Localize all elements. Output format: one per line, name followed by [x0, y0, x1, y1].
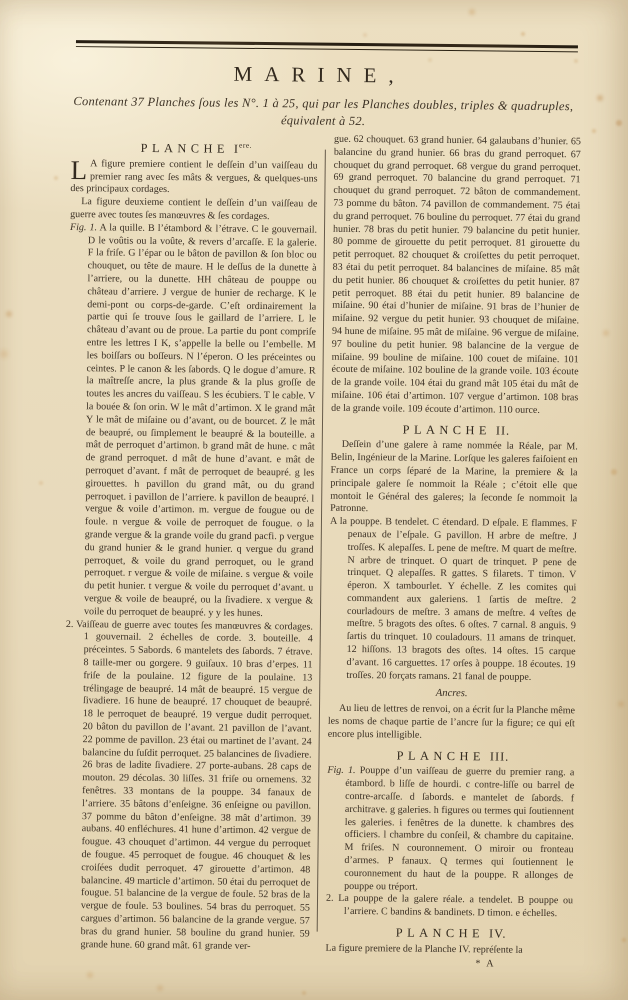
left-column: PLANCHEIere. LA figure premiere contient…: [62, 131, 318, 954]
figure-2-label: 2.: [66, 619, 74, 630]
planche-2-heading: PLANCHEII.: [331, 422, 578, 437]
planche-3-numeral: III.: [490, 749, 510, 763]
page-title: MARINE,: [0, 59, 628, 91]
figure-1-label: Fig. 1.: [70, 222, 97, 233]
figure-1-legend: Fig. 1. A la quille. B l’étambord & l’ét…: [66, 222, 317, 621]
planche-4-word: PLANCHE: [396, 925, 484, 940]
header-double-rule: [76, 40, 578, 52]
figure-2-legend: 2. Vaiſſeau de guerre avec toutes ſes ma…: [62, 619, 312, 954]
planche-3-figure-1-text: Pouppe d’un vaiſſeau de guerre du premie…: [344, 766, 574, 893]
planche-3-figure-2-legend: 2. La pouppe de la galere réale. a tende…: [326, 893, 573, 921]
planche-4-intro: La figure premiere de la Planche IV. rep…: [325, 943, 572, 958]
intro-paragraph-1: LA figure premiere contient le deſſein d…: [70, 158, 317, 199]
subtitle-line-2: équivalent à 52.: [59, 111, 587, 132]
ancres-heading: Ancres.: [328, 687, 575, 702]
figure-1-text: A la quille. B l’étambord & l’étrave. C …: [84, 222, 317, 619]
planche-1-heading: PLANCHEIere.: [71, 138, 318, 156]
planche-3-figure-1-label: Fig. 1.: [327, 765, 355, 776]
planche-3-word: PLANCHE: [397, 748, 485, 763]
planche-3-figure-2-text: La pouppe de la galere réale. a tendelet…: [338, 893, 573, 919]
column-divider-rule: [317, 150, 326, 932]
planche-2-numeral: II.: [496, 423, 510, 437]
planche-2-word: PLANCHE: [403, 422, 491, 437]
planche-1-word: PLANCHE: [141, 141, 229, 156]
planche-3-heading: PLANCHEIII.: [327, 748, 574, 763]
text-columns: PLANCHEIere. LA figure premiere contient…: [71, 131, 581, 136]
signature-mark: * A: [325, 956, 572, 971]
intro-paragraph-1-text: A figure premiere contient le deſſein d’…: [70, 158, 317, 195]
ancres-note: Au lieu de lettres de renvoi, on a écrit…: [328, 703, 575, 744]
planche-1-numeral: Iere.: [234, 142, 252, 156]
planche-2-description: Deſſein d’une galere à rame nommée la Ré…: [330, 439, 578, 518]
planche-3-figure-2-label: 2.: [326, 893, 334, 904]
right-column: gue. 62 chouquet. 63 grand hunier. 64 ga…: [325, 134, 581, 972]
page-content: MARINE, Contenant 37 Planches ſous les N…: [0, 0, 628, 1000]
figure-2-text: Vaiſſeau de guerre avec toutes ſes manœu…: [76, 619, 313, 952]
planche-4-numeral: IV.: [489, 926, 507, 940]
planche-4-heading: PLANCHEIV.: [326, 926, 573, 941]
dropcap-L: L: [71, 158, 91, 181]
planche-1-ordinal-suffix: ere.: [239, 141, 252, 150]
intro-paragraph-2: La figure deuxieme contient le deſſein d…: [70, 196, 317, 224]
legend-continuation: gue. 62 chouquet. 63 grand hunier. 64 ga…: [331, 134, 581, 418]
planche-3-figure-1-legend: Fig. 1. Pouppe d’un vaiſſeau de guerre d…: [326, 765, 574, 896]
scanned-book-page: MARINE, Contenant 37 Planches ſous les N…: [0, 0, 628, 1000]
planche-2-legend: A la pouppe. B tendelet. C étendard. D e…: [328, 516, 577, 685]
